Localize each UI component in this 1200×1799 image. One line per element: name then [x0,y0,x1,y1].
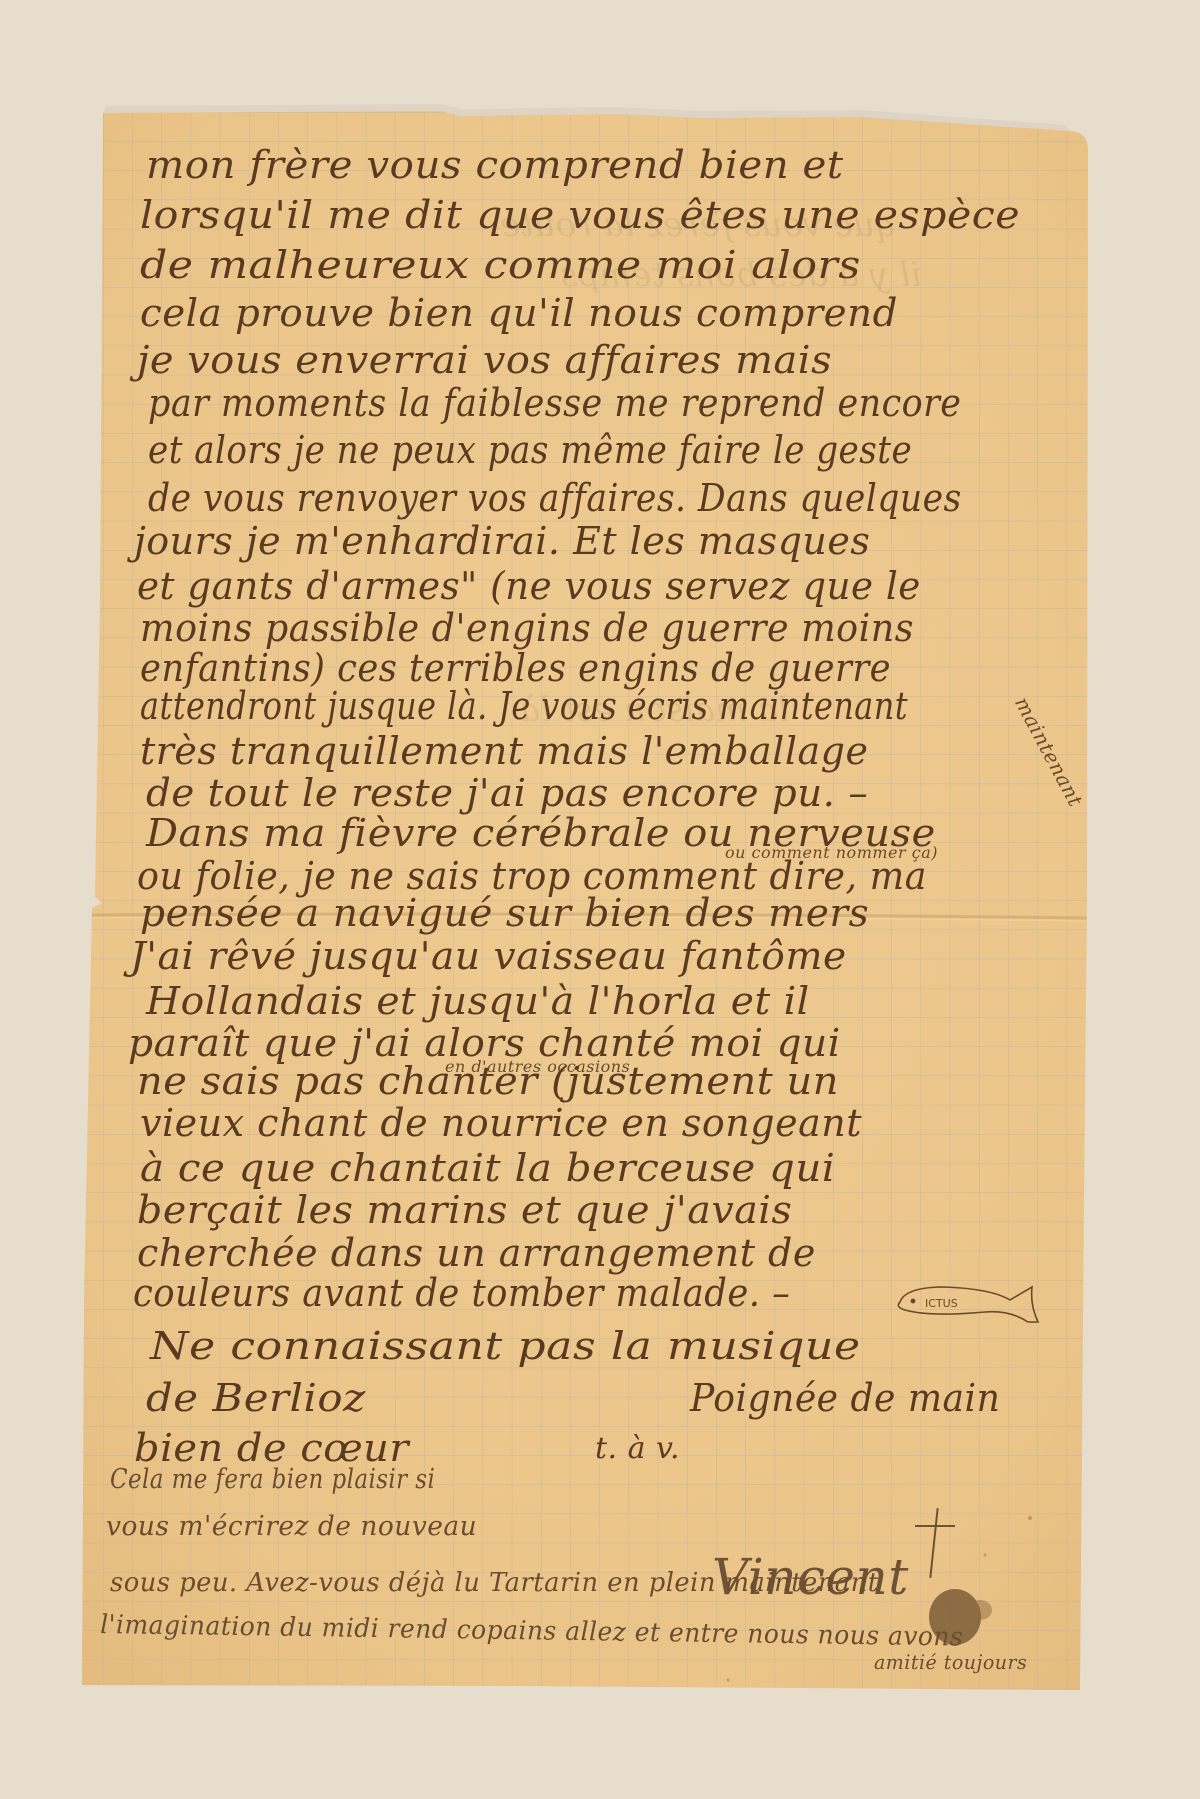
body-line-18: pensée a navigué sur bien des mers [140,894,869,932]
postscript-line-4: l'imagination du midi rend copains allez… [100,1610,963,1653]
body-line-26: cherchée dans un arrangement de [137,1234,816,1272]
body-line-3: de malheureux comme moi alors [140,246,861,284]
postscript-line-3: sous peu. Avez-vous déjà lu Tartarin en … [110,1568,879,1598]
body-line-7: et alors je ne peux pas même faire le ge… [148,431,912,469]
body-line-6: par moments la faiblesse me reprend enco… [148,384,961,422]
body-line-11: moins passible d'engins de guerre moins [140,609,914,647]
body-line-13: attendront jusque là. Je vous écris main… [140,687,908,725]
postscript-line-5: amitié toujours [874,1650,1027,1674]
body-line-2: lorsqu'il me dit que vous êtes une espèc… [140,196,1020,234]
letter-scene: ICTUS que vous ferez la route il y a des… [0,0,1200,1799]
postscript-line-2: vous m'écrirez de nouveau [106,1511,477,1542]
body-line-14: très tranquillement mais l'emballage [140,732,868,770]
body-line-28: Ne connaissant pas la musique [150,1327,861,1365]
body-line-10: et gants d'armes" (ne vous servez que le [137,567,921,605]
body-line-8: de vous renvoyer vos affaires. Dans quel… [148,479,962,517]
body-line-25: berçait les marins et que j'avais [137,1191,792,1229]
body-line-17: ou folie, je ne sais trop comment dire, … [137,857,927,895]
body-line-4: cela prouve bien qu'il nous comprend [140,294,898,332]
body-line-5: je vous enverrai vos affaires mais [137,341,832,379]
body-line-20: Hollandais et jusqu'à l'horla et il [146,982,810,1020]
body-line-23: vieux chant de nourrice en songeant [140,1104,862,1142]
body-line-9: jours je m'enhardirai. Et les masques [134,522,870,560]
body-line-12: enfantins) ces terribles engins de guerr… [140,649,891,687]
body-line-19: J'ai rêvé jusqu'au vaisseau fantôme [130,937,847,975]
body-line-1: mon frère vous comprend bien et [146,146,844,184]
body-line-24: à ce que chantait la berceuse qui [140,1149,835,1187]
letter-text: mon frère vous comprend bien et lorsqu'i… [0,0,1200,1799]
body-line-27: couleurs avant de tomber malade. – [133,1274,790,1312]
signature-cross-stem [929,1508,938,1578]
closing-initials: t. à v. [595,1434,680,1464]
body-line-22: ne sais pas chanter (justement un [137,1062,839,1100]
body-line-29: de Berlioz [146,1379,366,1417]
margin-note: maintenant [1010,693,1088,811]
postscript-line-1: Cela me fera bien plaisir si [110,1464,435,1495]
body-line-30: bien de cœur [134,1429,409,1467]
body-line-15: de tout le reste j'ai pas encore pu. – [146,774,868,812]
closing-handshake: Poignée de main [690,1379,1000,1417]
